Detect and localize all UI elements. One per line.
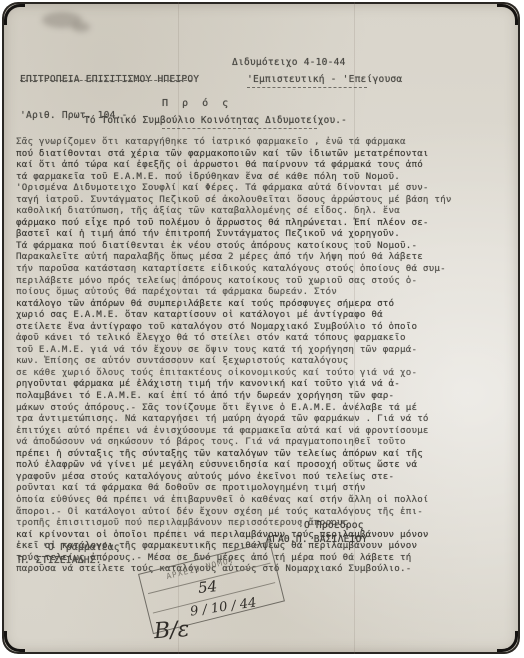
heading-to: Π ρ ό ς [162, 98, 232, 110]
frame-corner [497, 4, 518, 25]
body-line: ταγή ἰατροῦ. Συντάγματος Πεζικοῦ σέ ἀκολ… [16, 194, 496, 206]
body-line: τοῦ Ε.Α.Μ.Ε. γιά νά τόν ἔχουν σε ὄψιν το… [16, 344, 496, 356]
addressee: Τό Τοπικό Συμβούλιο Κοινότητας Διδυμοτεί… [84, 115, 347, 127]
body-line: τά φαρμακεῖα τοῦ Ε.Α.Μ.Ε. πού ἱδρύθηκαν … [16, 171, 496, 183]
scanned-document-page: ΕΠΙΤΡΟΠΕΙΑ ΕΠΙΣΙΤΙΣΜΟΥ ΗΠΕΙΡΟΥ 'Αριθ. Πρ… [2, 2, 520, 654]
body-line: ροῦνται καί τά φάρμακα θά δοθοῦν σε προτ… [16, 482, 496, 494]
body-line: στείλετε ἕνα ἀντίγραφο τοῦ καταλόγου στό… [16, 321, 496, 333]
letterhead-underline [20, 80, 192, 81]
president-title: 'Ο Πρόεδρος [298, 520, 364, 532]
body-line: βαστεῖ καί ἡ τιμή ἀπό τήν ἐπιτροπή Συντά… [16, 228, 496, 240]
addressee-underline [162, 128, 317, 129]
classification-underline [247, 87, 367, 88]
body-line: κων. Ἐπίσης σε αὐτόν συντάσσουν καί ξεχω… [16, 355, 496, 367]
ink-smudge [72, 22, 90, 32]
body-line: ὁποία εὐθύνες θά πρέπει νά ἐπιβαρυνθεῖ ὁ… [16, 494, 496, 506]
body-line: περιλάβετε μόνο πρός τελείως ἀπόρους κατ… [16, 275, 496, 287]
body-line: τρα ἀντιμετώπισης. Νά καταργήσει τή μαύρ… [16, 413, 496, 425]
body-line: ἀφοῦ κάνει τό τελικό ἔλεγχο θά τό στείλε… [16, 332, 496, 344]
body-line: καί ὅτι ἀπό τώρα καί ἐφεξῆς οἱ ἀρρωστοι … [16, 159, 496, 171]
secretary-title: 'Ο Γραμματέας [42, 542, 120, 554]
body-line: τροπῆς ἐπισιτισμοῦ πού περιλαμβάνουν περ… [16, 517, 496, 529]
body-line: τήν παροῦσα κατάσταση καταρτίσετε εἰδικο… [16, 263, 496, 275]
body-line: φάρμακο πού εἶχε πρό τοῦ πολέμου ὁ ἄρρωσ… [16, 217, 496, 229]
body-line: νά ἀποδώσουν νά σηκώσουν τό βάρος τους. … [16, 436, 496, 448]
body-line: καί κρίνονται οἱ ὁποῖοι πρέπει νά περιλα… [16, 529, 496, 541]
body-line: πρέπει ἡ σύνταξις τῆς σύνταξης τῶν καταλ… [16, 448, 496, 460]
body-line: Τά φάρμακα πού διατίθενται ἐκ νέου στούς… [16, 240, 496, 252]
body-line: μάκων στούς ἀπόρους.- Σᾶς τονίζουμε ὅτι … [16, 402, 496, 414]
secretary-name: Π. ΣΤΙΣΕΙΑΔΗΣ.- [18, 555, 108, 567]
body-line: ἄποροι.- Οἱ κατάλογοι αὐτοί δέν ἔχουν σχ… [16, 506, 496, 518]
handwritten-number: 54 [197, 577, 218, 597]
body-line: πολύ ἐλαφρῶν νά γίνει μέ μεγάλη εὐσυνειδ… [16, 459, 496, 471]
body-line: καθολική διατύπωση, τῆς ἀξίας τῶν καταβα… [16, 205, 496, 217]
handwritten-initials: Β/ε [153, 617, 190, 644]
classification-label: 'Εμπιστευτική - 'Επείγουσα [247, 74, 402, 86]
body-line: γραφοῦν μέσα στούς καταλόγους αὐτούς μόν… [16, 471, 496, 483]
body-line: πολαμβάνει τό Ε.Α.Μ.Ε. καί ἐπί τό ἀπό τή… [16, 390, 496, 402]
frame-corner [4, 4, 25, 25]
frame-corner [4, 631, 25, 652]
president-name: ΑΓΑΘ.Π. ΒΑΣΙΛΕΙΟΥ [266, 534, 368, 546]
letter-body: Σᾶς γνωρίζομεν ὅτι καταργήθηκε τό ἰατρικ… [16, 136, 496, 575]
date-line: Διδυμότειχο 4-10-44 [232, 57, 346, 69]
body-line: ἐπιτύχει αὐτό πρέπει νά ἐνισχύσουμε τά φ… [16, 425, 496, 437]
body-line: Σᾶς γνωρίζομεν ὅτι καταργήθηκε τό ἰατρικ… [16, 136, 496, 148]
body-line: χωριό σας Ε.Α.Μ.Ε. ὅταν καταρτίσουν οἱ κ… [16, 309, 496, 321]
body-line: Παρακαλεῖτε αὐτή παραλαβῆς ὅπως μέσα 2 μ… [16, 251, 496, 263]
frame-corner [497, 631, 518, 652]
body-line: σε κάθε χωριό ὅλους τούς ἐπιτακτέους οἰκ… [16, 367, 496, 379]
body-line: κατάλογο τῶν ἀπόρων θά συμπεριλάβετε καί… [16, 298, 496, 310]
body-line: 'Ορισμένα Διδυμοτειχο Σουφλί καί Φέρες. … [16, 182, 496, 194]
body-line: πού διατίθονται στά χέρια τῶν φαρμακοποι… [16, 148, 496, 160]
body-line: ποίους ὅμως αὐτούς θά παρέχονται τά φάρμ… [16, 286, 496, 298]
body-line: ρηγοῦνται φάρμακα μέ ἐλάχιστη τιμή τήν κ… [16, 378, 496, 390]
